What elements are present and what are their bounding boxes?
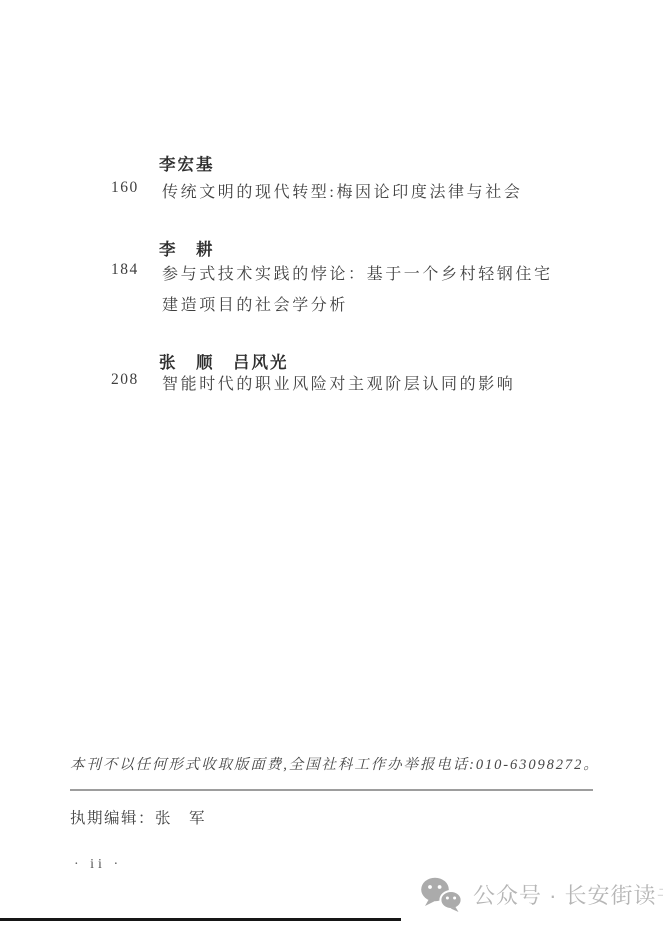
toc-entry-title-continuation: 建造项目的社会学分析 <box>162 292 348 315</box>
toc-entry-row: 184 参与式技术实践的悖论：基于一个乡村轻钢住宅 <box>0 261 663 285</box>
no-fee-notice: 本刊不以任何形式收取版面费,全国社科工作办举报电话:010-63098272。 <box>70 753 610 774</box>
toc-entry-row: 208 智能时代的职业风险对主观阶层认同的影响 <box>0 371 663 395</box>
toc-entry-authors: 李宏基 <box>159 151 215 175</box>
toc-entry-title: 参与式技术实践的悖论：基于一个乡村轻钢住宅 <box>162 261 553 284</box>
toc-entry-authors: 李 耕 <box>159 236 215 260</box>
watermark-label: 公众号 · 长安街读书会 <box>473 879 663 910</box>
toc-entry-page-number: 160 <box>111 179 139 197</box>
wechat-watermark: 公众号 · 长安街读书会 <box>420 876 663 913</box>
footer-divider <box>70 789 593 791</box>
issue-editor-line: 执期编辑：张 军 <box>70 806 206 828</box>
toc-entry-title: 传统文明的现代转型:梅因论印度法律与社会 <box>162 179 522 202</box>
toc-entry-row-continuation: 建造项目的社会学分析 <box>0 292 663 316</box>
bottom-page-edge-rule <box>0 918 401 921</box>
toc-page: 李宏基 160 传统文明的现代转型:梅因论印度法律与社会 李 耕 184 参与式… <box>0 0 663 927</box>
toc-entry-authors: 张 顺 吕风光 <box>159 349 289 373</box>
folio-page-number: · ii · <box>74 857 122 873</box>
toc-entry-page-number: 184 <box>111 261 139 279</box>
toc-entry-title: 智能时代的职业风险对主观阶层认同的影响 <box>162 371 515 394</box>
toc-entry-row: 160 传统文明的现代转型:梅因论印度法律与社会 <box>0 179 663 203</box>
toc-entry-page-number: 208 <box>111 371 139 389</box>
wechat-icon <box>420 876 464 913</box>
